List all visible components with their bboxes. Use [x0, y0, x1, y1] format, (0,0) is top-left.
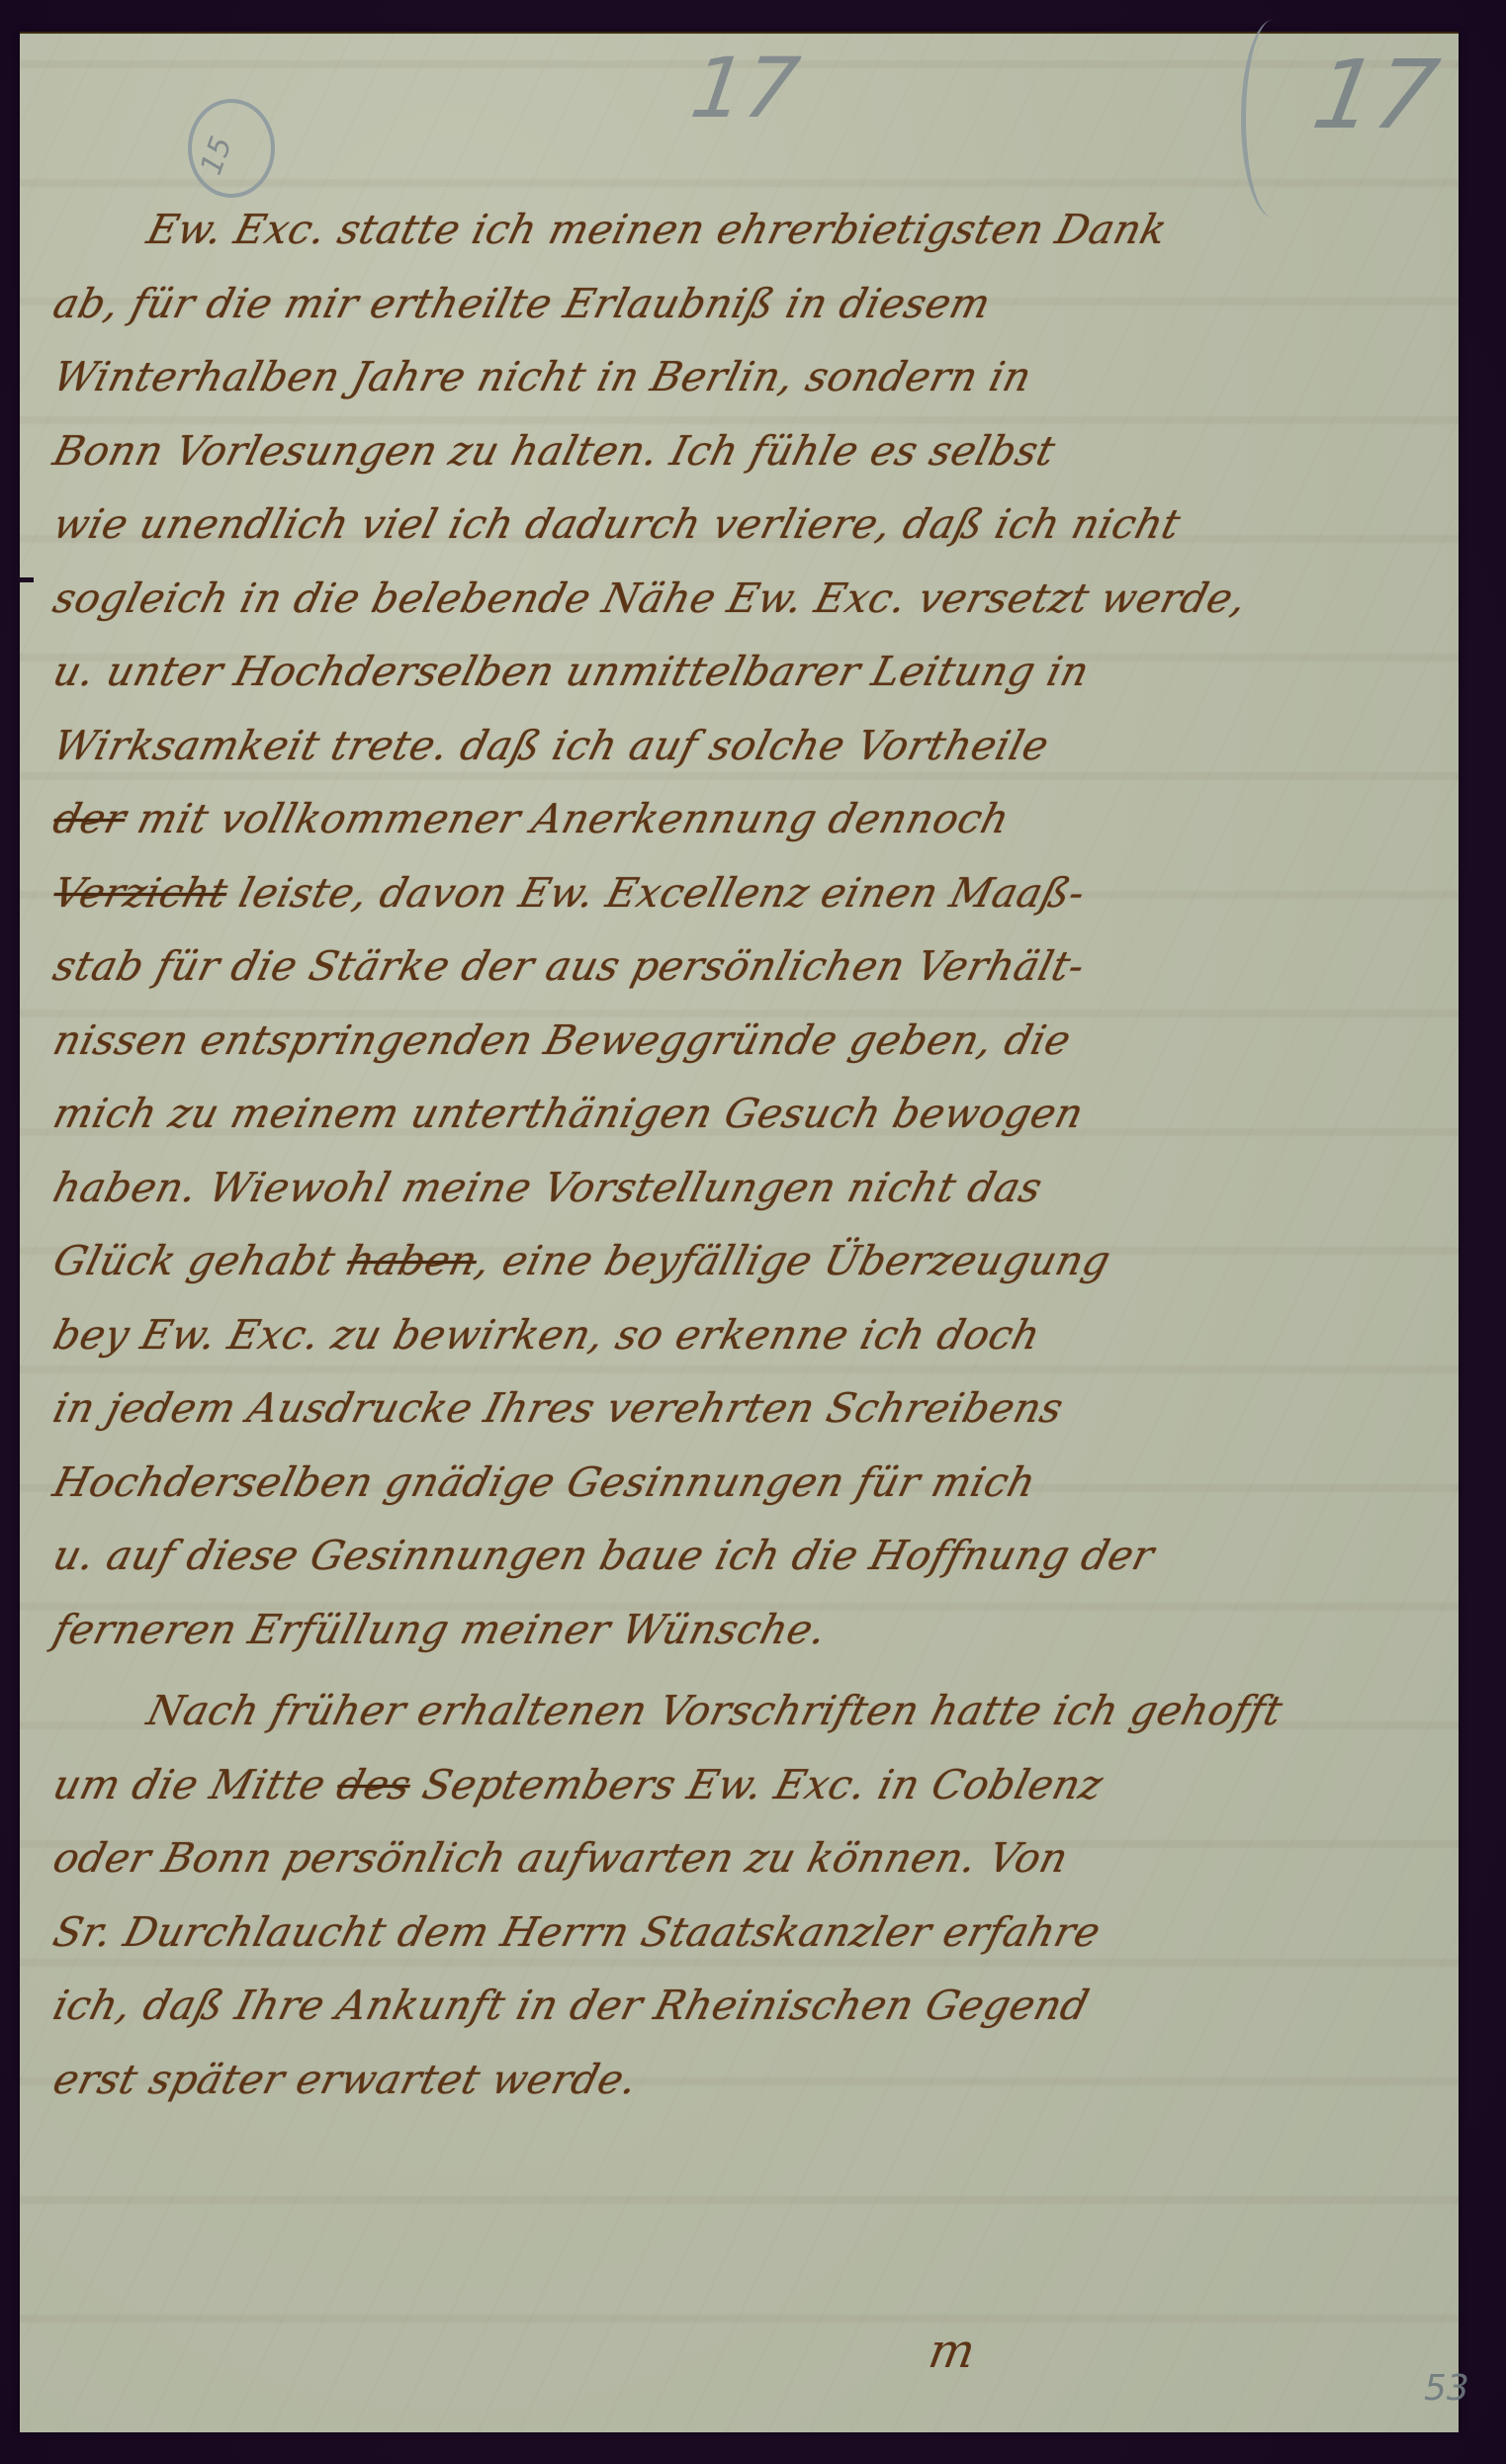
letter-line-18: Hochderselben gnädige Gesinnungen für mi…: [45, 1446, 1449, 1520]
letter-line-2: ab, für die mir ertheilte Erlaubniß in d…: [45, 267, 1449, 341]
struck-word: der: [48, 795, 132, 842]
letter-line-3: Winterhalben Jahre nicht in Berlin, sond…: [45, 340, 1449, 414]
letter-line-10: Verzicht leiste, davon Ew. Excellenz ein…: [45, 856, 1449, 930]
letter-body: Ew. Exc. statte ich meinen ehrerbietigst…: [54, 193, 1439, 2116]
letter-line-17: in jedem Ausdrucke Ihres verehrten Schre…: [45, 1371, 1449, 1446]
letter-line-23: oder Bonn persönlich aufwarten zu können…: [45, 1821, 1449, 1895]
letter-line-5: wie unendlich viel ich dadurch verliere,…: [45, 487, 1449, 562]
letter-line-24: Sr. Durchlaucht dem Herrn Staatskanzler …: [45, 1895, 1449, 1970]
letter-line-25: ich, daß Ihre Ankunft in der Rheinischen…: [45, 1969, 1449, 2043]
folio-number-53: 53: [1424, 2368, 1469, 2409]
struck-word: haben: [342, 1237, 483, 1284]
letter-line-8: Wirksamkeit trete. daß ich auf solche Vo…: [45, 709, 1449, 783]
letter-line-1: Ew. Exc. statte ich meinen ehrerbietigst…: [45, 193, 1449, 267]
letter-line-20: ferneren Erfüllung meiner Wünsche.: [45, 1593, 1449, 1667]
letter-line-26: erst später erwartet werde.: [45, 2043, 1449, 2117]
letter-line-21: Nach früher erhaltenen Vorschriften hatt…: [45, 1674, 1449, 1748]
struck-word: Verzicht: [48, 869, 232, 917]
struck-word: des: [332, 1761, 416, 1808]
letter-line-16: bey Ew. Exc. zu bewirken, so erkenne ich…: [45, 1298, 1449, 1372]
letter-line-19: u. auf diese Gesinnungen baue ich die Ho…: [45, 1519, 1449, 1593]
folio-bracket-mark: [1241, 20, 1305, 218]
paper-edge-notch: [18, 577, 34, 582]
letter-line-13: mich zu meinem unterthänigen Gesuch bewo…: [45, 1077, 1449, 1151]
letter-line-6: sogleich in die belebende Nähe Ew. Exc. …: [45, 562, 1449, 636]
letter-line-9: der mit vollkommener Anerkennung dennoch: [45, 782, 1449, 856]
folio-number-17-right: 17: [1305, 40, 1446, 150]
letter-line-4: Bonn Vorlesungen zu halten. Ich fühle es…: [45, 414, 1449, 488]
letter-line-7: u. unter Hochderselben unmittelbarer Lei…: [45, 635, 1449, 709]
letter-line-11: stab für die Stärke der aus persönlichen…: [45, 929, 1449, 1004]
letter-line-14: haben. Wiewohl meine Vorstellungen nicht…: [45, 1151, 1449, 1225]
folio-number-17-center: 17: [685, 40, 805, 136]
letter-line-22: um die Mitte des Septembers Ew. Exc. in …: [45, 1748, 1449, 1822]
letter-line-15: Glück gehabt haben, eine beyfällige Über…: [45, 1224, 1449, 1298]
letter-line-12: nissen entspringenden Beweggründe geben,…: [45, 1004, 1449, 1078]
